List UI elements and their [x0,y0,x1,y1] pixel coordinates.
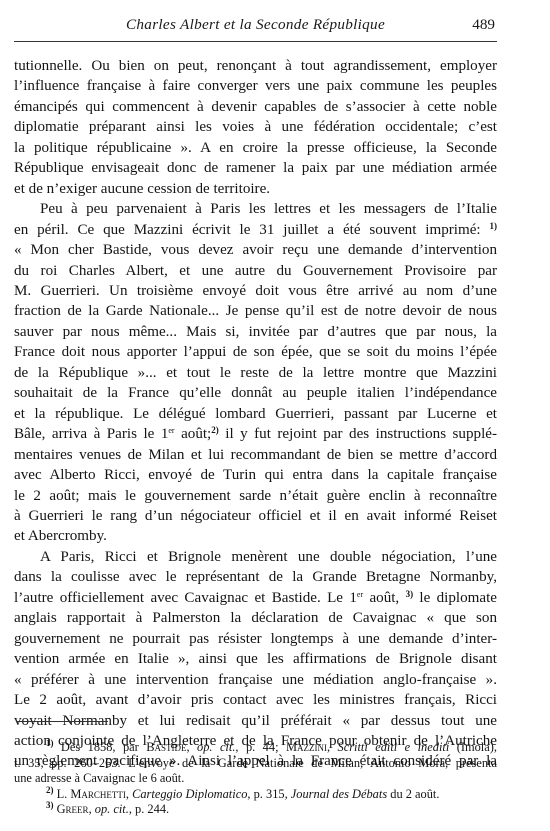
footnote-ref-3[interactable]: 3) [406,589,414,599]
footnote-mark: 1) [46,738,54,748]
text-line: l’influence française à faire converger … [14,76,497,96]
text-line: diplomatie préparant ainsi les voies à u… [14,117,497,137]
footnote-2: 2) L. Marchetti, Carteggio Diplomatico, … [14,787,497,803]
text-line: l’autre officiellement avec Cavaignac et… [14,588,497,608]
page-number: 489 [472,16,495,34]
author-name: Greer [57,802,89,816]
text-line: M. Guerrieri. Un troisième envoyé doit v… [14,281,497,301]
footnote-3: 3) Greer, op. cit., p. 244. [14,802,497,818]
text-span: , [327,740,338,754]
citation-abbrev: op. cit. [197,740,235,754]
footnote-1-line-3: une adresse à Cavaignac le 6 août. [14,771,497,787]
text-span: le diplomate [413,590,497,606]
text-span: , p. 244. [129,802,169,816]
footnote-mark: 2) [46,785,54,795]
text-line: en péril. Ce que Mazzini écrivit le 31 j… [14,220,497,240]
footnote-ref-1[interactable]: 1) [490,221,498,231]
footnote-separator [16,721,108,722]
author-name: Mazzini [286,740,327,754]
text-span: août, [363,590,399,606]
footnote-mark: 3) [46,800,54,810]
footnote-ref-2[interactable]: 2) [211,425,219,435]
text-span: en péril. Ce que Mazzini écrivit le 31 j… [14,222,481,238]
text-line: Bâle, arriva à Paris le 1er août;2) il y… [14,424,497,444]
author-name: Marchetti [70,787,126,801]
text-line: « préférer à une intervention française … [14,670,497,690]
text-line: sauver par nous même... Mais si, invitée… [14,322,497,342]
text-line: à Guerrieri le rang d’un négociateur off… [14,506,497,526]
body-text: tutionnelle. Ou bien on peut, renonçant … [14,56,497,772]
author-name: Bastide [146,740,186,754]
text-line: Le 2 août, avant d’avoir pris contact av… [14,690,497,710]
document-page: Charles Albert et la Seconde République … [0,0,550,831]
text-line: émancipés qui commencent à devenir capab… [14,97,497,117]
journal-title: Journal des Débats [291,787,387,801]
work-title: Scritti editi e inediti [338,740,450,754]
text-span: août; [175,426,212,442]
text-line: le 2 août; mais le gouvernement sarde n’… [14,486,497,506]
text-line: et la république. Le délégué lombard Gue… [14,404,497,424]
text-span: il y fut rejoint par des instructions su… [219,426,497,442]
text-line: « Mon cher Bastide, vous devez avoir reç… [14,240,497,260]
running-title: Charles Albert et la Seconde République [14,16,497,34]
text-line: avec Alberto Ricci, envoyé de Turin qui … [14,465,497,485]
text-line: gouvernement ne pourrait pas résister lo… [14,629,497,649]
text-span: du 2 août. [387,787,439,801]
text-line: République envisageait donc de ramener l… [14,158,497,178]
text-span: , p. 44; [235,740,286,754]
text-span: Bâle, arriva à Paris le 1 [14,426,168,442]
text-line: anglais rapportait à Palmerston la décla… [14,608,497,628]
running-head: Charles Albert et la Seconde République … [14,14,497,34]
text-span: L. [54,787,71,801]
paragraph-start-line: Peu à peu parvenaient à Paris les lettre… [14,199,497,219]
text-line: de la République »... et tout le reste d… [14,363,497,383]
text-span: l’autre officiellement avec Cavaignac et… [14,590,357,606]
footnote-1: 1) Dès 1858, par Bastide, op. cit., p. 4… [14,740,497,756]
text-line: fraction de la Garde Nationale... Je pen… [14,301,497,321]
text-line: souhaitait de la France qu’elle donnât a… [14,383,497,403]
header-rule [14,41,497,42]
text-line: vention armée en Italie », ainsi que les… [14,649,497,669]
text-line: tutionnelle. Ou bien on peut, renonçant … [14,56,497,76]
text-span: (Imola), [449,740,497,754]
footnotes: 1) Dès 1858, par Bastide, op. cit., p. 4… [14,740,497,818]
text-line: la politique républicaine ». A en croire… [14,138,497,158]
text-line: mentaires venues de Milan et lui recomma… [14,445,497,465]
text-line: et de n’exiger aucune cession de territo… [14,179,497,199]
text-span: , [186,740,197,754]
text-line: du roi Charles Albert, et une autre du G… [14,261,497,281]
text-span: Dès 1858, par [54,740,147,754]
text-span: , p. 315, [247,787,290,801]
paragraph-start-line: A Paris, Ricci et Brignole menèrent une … [14,547,497,567]
citation-abbrev: op. cit. [95,802,129,816]
footnote-1-line-2: t. 35, pp. 260–263. L’envoyé de la Garde… [14,756,497,772]
text-line: France doit nous apporter l’appui de son… [14,342,497,362]
text-line: dans la coulisse avec le représentant de… [14,567,497,587]
work-title: Carteggio Diplomatico [132,787,247,801]
text-line: et Abercromby. [14,526,497,546]
